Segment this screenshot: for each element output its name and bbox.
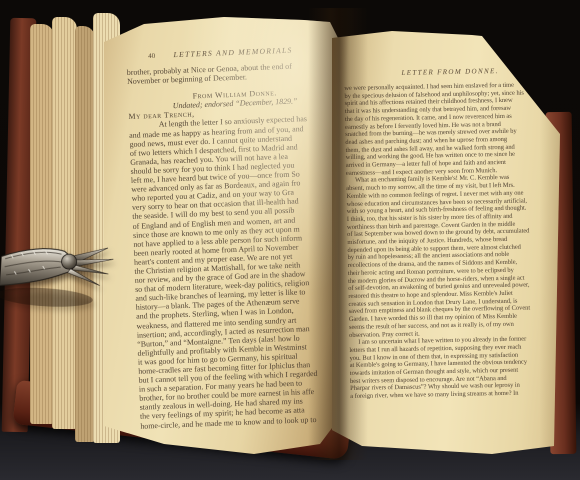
left-page-body: brother, probably at Nice or Genoa, abou… [127, 60, 355, 431]
page-edge-stack [30, 24, 54, 424]
left-page-text: 40 LETTERS AND MEMORIALS brother, probab… [126, 44, 354, 431]
page-edge-stack [75, 26, 95, 442]
right-page-text: LETTER FROM DONNE. 41 we were personally… [344, 66, 562, 401]
right-running-header: LETTER FROM DONNE. 41 [344, 66, 556, 78]
book-photo-scene: 40 LETTERS AND MEMORIALS brother, probab… [0, 0, 580, 480]
page-edge-stack [52, 17, 77, 429]
right-page: LETTER FROM DONNE. 41 we were personally… [332, 26, 560, 454]
left-page-number: 40 [148, 52, 155, 60]
left-running-header-label: LETTERS AND MEMORIALS [173, 46, 292, 60]
right-page-body: we were personally acquainted. I had see… [344, 81, 562, 401]
silver-filigree-clasp-icon [0, 235, 118, 324]
right-running-header-label: LETTER FROM DONNE. [401, 67, 498, 77]
left-page: 40 LETTERS AND MEMORIALS brother, probab… [104, 12, 338, 454]
left-running-header: 40 LETTERS AND MEMORIALS [126, 44, 340, 61]
right-page-number: 41 [543, 67, 550, 75]
